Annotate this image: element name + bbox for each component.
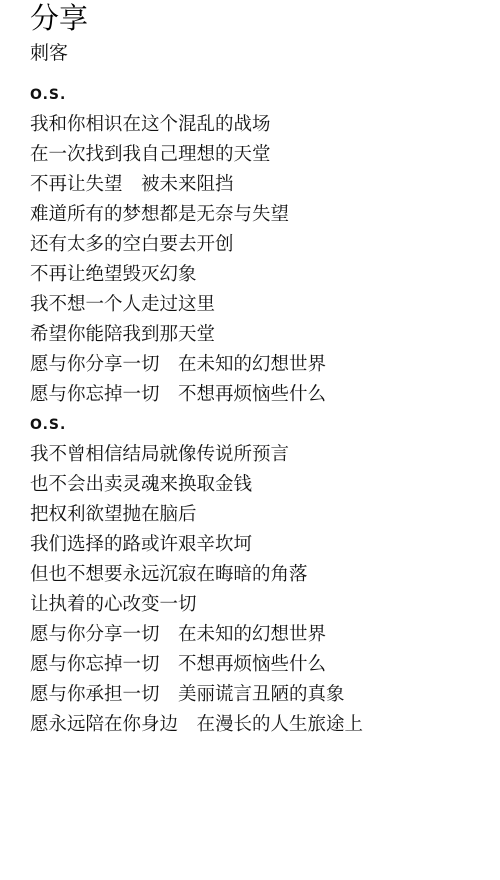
- lyric-line: 不再让失望 被未来阻挡: [30, 170, 363, 200]
- lyric-line: 希望你能陪我到那天堂: [30, 320, 363, 350]
- lyric-line: 让执着的心改变一切: [30, 590, 363, 620]
- lyric-line: 不再让绝望毁灭幻象: [30, 260, 363, 290]
- lyric-line: 愿与你忘掉一切 不想再烦恼些什么: [30, 650, 363, 680]
- lyric-line: 愿与你分享一切 在未知的幻想世界: [30, 620, 363, 650]
- lyric-line: 难道所有的梦想都是无奈与失望: [30, 200, 363, 230]
- lyric-line: 愿永远陪在你身边 在漫长的人生旅途上: [30, 710, 363, 740]
- song-title: 分享: [30, 0, 88, 36]
- section-marker: O.S.: [30, 410, 363, 440]
- lyric-line: 我们选择的路或许艰辛坎坷: [30, 530, 363, 560]
- lyrics-list: O.S. 我和你相识在这个混乱的战场 在一次找到我自己理想的天堂 不再让失望 被…: [30, 80, 363, 740]
- lyric-line: 也不会出卖灵魂来换取金钱: [30, 470, 363, 500]
- song-artist: 刺客: [30, 40, 68, 66]
- lyric-line: 把权利欲望抛在脑后: [30, 500, 363, 530]
- lyric-line: 我不曾相信结局就像传说所预言: [30, 440, 363, 470]
- lyric-line: 在一次找到我自己理想的天堂: [30, 140, 363, 170]
- lyric-line: 愿与你承担一切 美丽谎言丑陋的真象: [30, 680, 363, 710]
- lyric-line: 但也不想要永远沉寂在晦暗的角落: [30, 560, 363, 590]
- lyric-line: 愿与你忘掉一切 不想再烦恼些什么: [30, 380, 363, 410]
- section-marker: O.S.: [30, 80, 363, 110]
- lyric-line: 我和你相识在这个混乱的战场: [30, 110, 363, 140]
- lyric-line: 愿与你分享一切 在未知的幻想世界: [30, 350, 363, 380]
- lyric-line: 还有太多的空白要去开创: [30, 230, 363, 260]
- lyric-line: 我不想一个人走过这里: [30, 290, 363, 320]
